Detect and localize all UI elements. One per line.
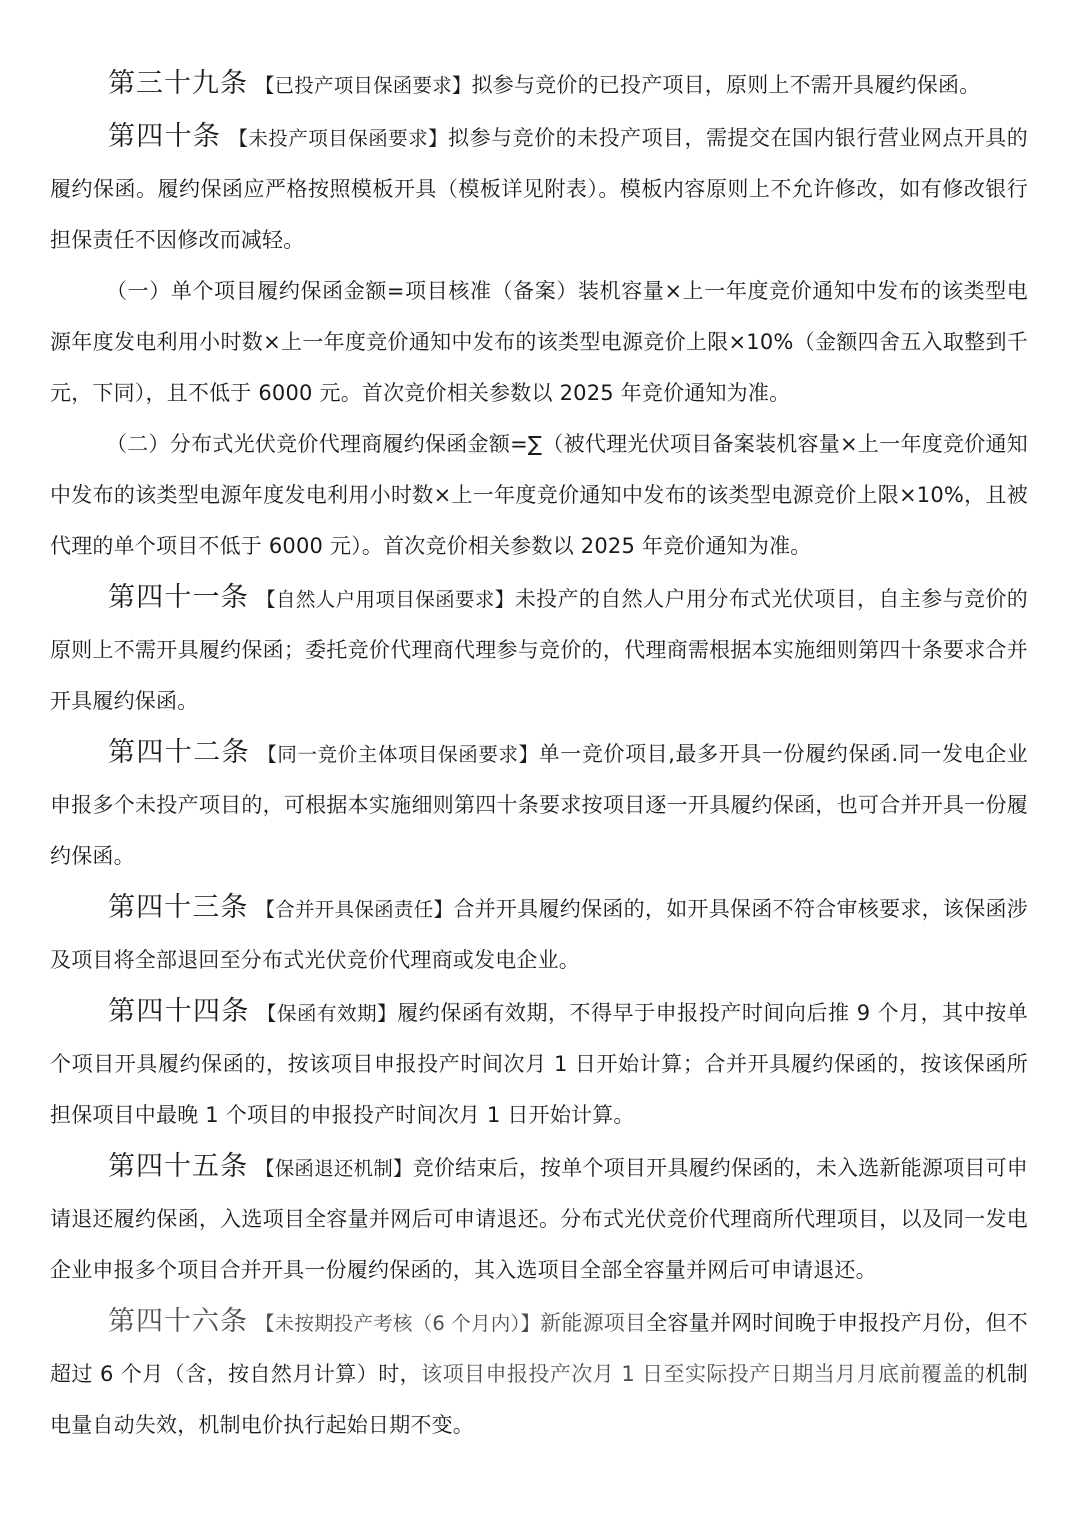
article-label: 【未投产项目保函要求】 <box>228 127 448 150</box>
article-number: 第四十三条 <box>108 892 248 923</box>
article-body-segment: 新能源项目 <box>540 1311 646 1335</box>
article-40: 第四十条 【未投产项目保函要求】拟参与竞价的未投产项目，需提交在国内银行营业网点… <box>50 111 1028 266</box>
article-39: 第三十九条 【已投产项目保函要求】拟参与竞价的已投产项目，原则上不需开具履约保函… <box>50 58 1028 111</box>
article-42: 第四十二条 【同一竞价主体项目保函要求】单一竞价项目,最多开具一份履约保函.同一… <box>50 727 1028 882</box>
article-body-segment: 该项目申报投产次月 1 日至实际投产日期当月月底前覆盖的 <box>421 1362 985 1386</box>
article-body: 拟参与竞价的已投产项目，原则上不需开具履约保函。 <box>472 73 981 97</box>
article-number: 第四十五条 <box>108 1151 248 1182</box>
article-label: 【已投产项目保函要求】 <box>255 74 472 97</box>
article-number: 第四十六条 <box>108 1306 248 1337</box>
article-number: 第四十一条 <box>108 582 249 613</box>
article-number: 第四十二条 <box>108 737 250 768</box>
article-label: 【自然人户用项目保函要求】 <box>256 588 515 611</box>
article-label: 【未按期投产考核（6 个月内）】 <box>255 1312 540 1335</box>
article-44: 第四十四条 【保函有效期】履约保函有效期，不得早于申报投产时间向后推 9 个月，… <box>50 986 1028 1141</box>
article-40-subclause-2: （二）分布式光伏竞价代理商履约保函金额=∑（被代理光伏项目备案装机容量×上一年度… <box>50 419 1028 572</box>
article-43: 第四十三条 【合并开具保函责任】合并开具履约保函的，如开具保函不符合审核要求，该… <box>50 882 1028 986</box>
article-label: 【同一竞价主体项目保函要求】 <box>257 743 538 766</box>
article-label: 【合并开具保函责任】 <box>255 898 453 921</box>
article-label: 【保函退还机制】 <box>255 1157 413 1180</box>
article-41: 第四十一条 【自然人户用项目保函要求】未投产的自然人户用分布式光伏项目，自主参与… <box>50 572 1028 727</box>
article-40-subclause-1: （一）单个项目履约保函金额=项目核准（备案）装机容量×上一年度竞价通知中发布的该… <box>50 266 1028 419</box>
article-46: 第四十六条 【未按期投产考核（6 个月内）】新能源项目全容量并网时间晚于申报投产… <box>50 1296 1028 1451</box>
article-label: 【保函有效期】 <box>257 1002 397 1025</box>
article-number: 第四十条 <box>108 121 221 152</box>
article-number: 第三十九条 <box>108 68 248 99</box>
document-page: 第三十九条 【已投产项目保函要求】拟参与竞价的已投产项目，原则上不需开具履约保函… <box>0 0 1080 1526</box>
article-number: 第四十四条 <box>108 996 250 1027</box>
article-45: 第四十五条 【保函退还机制】竞价结束后，按单个项目开具履约保函的，未入选新能源项… <box>50 1141 1028 1296</box>
